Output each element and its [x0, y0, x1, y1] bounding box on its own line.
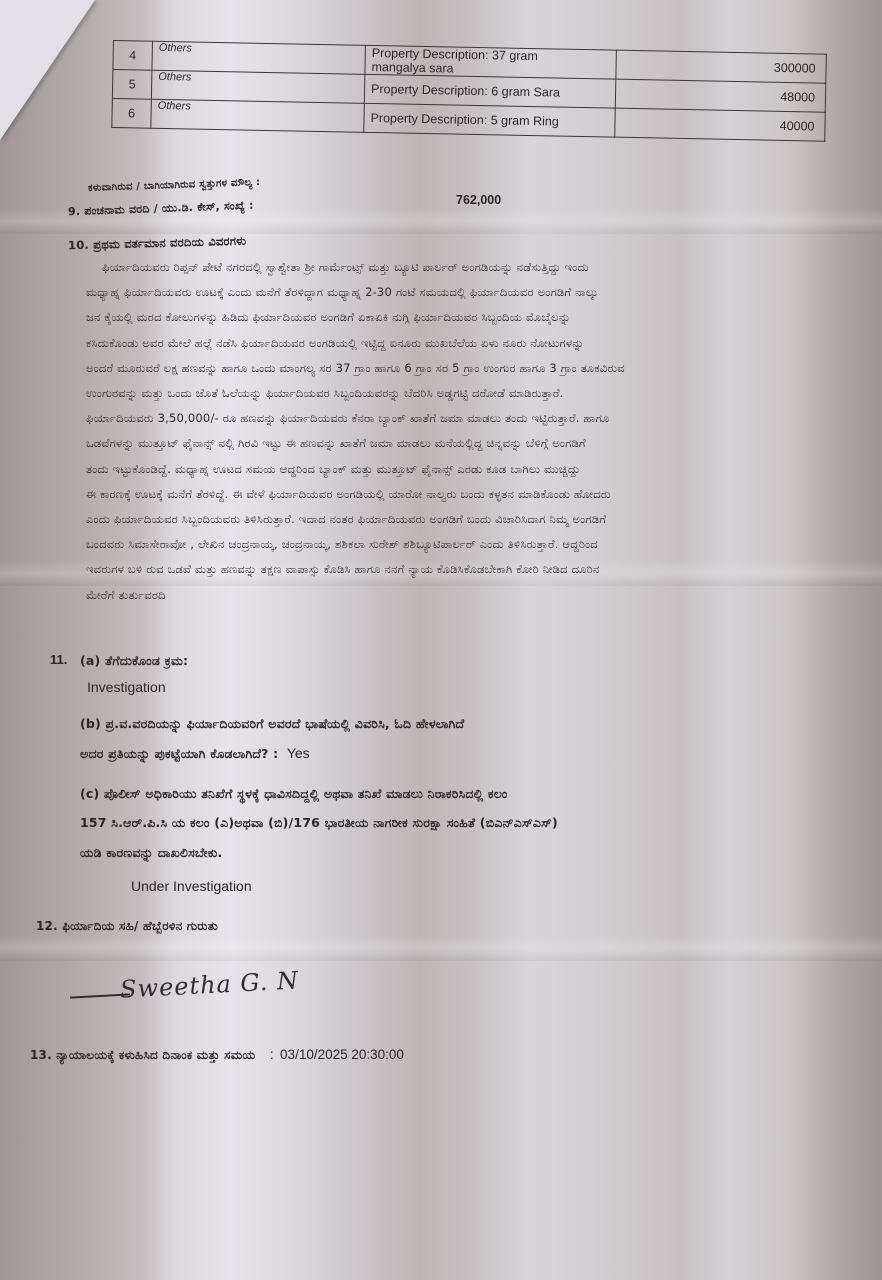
row-category: Others [151, 70, 365, 103]
row-category: Others [152, 41, 366, 74]
body-line: ಬಂದವರು ಸಿಮಾಸೇರಾವೋ , ಲೇಖಿನ ಚಂದ್ರನಾಯ್ಕ, ಚಂ… [86, 532, 806, 557]
body-line: ಒಡವೆಗಳನ್ನು ಮುತ್ತೂಟ್ ಫೈನಾನ್ಸ್ ನಲ್ಲಿ ಗಿರವಿ… [86, 431, 806, 456]
section-11c-line3: ಯಡಿ ಕಾರಣವನ್ನು ದಾಖಲಿಸಬೇಕು. [80, 845, 223, 861]
body-line: ಈ ಕಾರಣಕ್ಕೆ ಊಟಕ್ಕೆ ಮನೆಗೆ ತೆರಳಿದ್ದೆ. ಈ ವೇಳ… [86, 482, 806, 507]
body-line: ಎಂದು ಫಿರ್ಯಾದಿಯವರ ಸಿಬ್ಬಂದಿಯವರು ತಿಳಿಸಿರುತ್… [86, 507, 806, 532]
row-description: Property Description: 37 gram mangalya s… [365, 45, 617, 79]
section-13-label: 13. ನ್ಯಾಯಾಲಯಕ್ಕೆ ಕಳುಹಿಸಿದ ದಿನಾಂಕ ಮತ್ತು ಸ… [30, 1048, 255, 1062]
section-13: 13. ನ್ಯಾಯಾಲಯಕ್ಕೆ ಕಳುಹಿಸಿದ ದಿನಾಂಕ ಮತ್ತು ಸ… [30, 1046, 404, 1064]
body-line: ಫಿರ್ಯಾದಿಯವರು 3,50,000/- ರೂ ಹಣವನ್ನು ಫಿರ್ಯ… [86, 406, 806, 431]
section-11a-value: Investigation [87, 679, 166, 695]
section-11-number: 11. [50, 652, 67, 667]
property-table: 4 Others Property Description: 37 gram m… [111, 40, 827, 142]
body-line: ಫಿರ್ಯಾದಿಯವರು ರಿಪ್ಪನ್ ಪೇಟೆ ನಗರದಲ್ಲಿ ಸ್ವಾಶ… [86, 255, 806, 280]
row-value: 300000 [616, 50, 827, 83]
body-line: ಕಸಿದುಕೊಂಡು ಅವರ ಮೇಲೆ ಹಲ್ಲೆ ನಡೆಸಿ ಫಿರ್ಯಾದಿ… [86, 331, 806, 356]
section-11c-line1: (c) ಪೊಲೀಸ್ ಅಧಿಕಾರಿಯು ತನಿಖೆಗೆ ಸ್ಥಳಕ್ಕೆ ಧಾ… [80, 786, 508, 802]
body-line: ಮಧ್ಯಾಹ್ನ ಫಿರ್ಯಾದಿಯವರು ಊಟಕ್ಕೆ ಎಂದು ಮನೆಗೆ … [86, 280, 806, 305]
body-line: ತಂದು ಇಟ್ಟುಕೊಂಡಿದ್ದೆ. ಮಧ್ಯಾಹ್ನ ಊಟದ ಸಮಯ ಆದ… [86, 457, 806, 482]
section-11a-label: (a) ತೆಗೆದುಕೊಂಡ ಕ್ರಮ: [80, 653, 188, 669]
body-line: ಇವರುಗಳ ಬಳಿ ರುವ ಒಡವೆ ಮತ್ತು ಹಣವನ್ನು ತಕ್ಷಣ … [86, 557, 806, 582]
document-page: 4 Others Property Description: 37 gram m… [0, 0, 882, 1280]
section-11b-label-line1: (b) ಪ್ರ.ವ.ವರದಿಯನ್ನು ಫಿರ್ಯಾದಿಯವರಿಗೆ ಅವರದೆ… [80, 716, 464, 732]
paper-fold [0, 935, 882, 961]
section-11c-value: Under Investigation [131, 878, 252, 894]
row-value: 40000 [615, 108, 826, 141]
body-line: ಜನ ಕೈಯಲ್ಲಿ ಮರದ ಕೋಲುಗಳನ್ನು ಹಿಡಿದು ಫಿರ್ಯಾದ… [86, 305, 806, 330]
row-number: 6 [112, 98, 152, 128]
row-number: 5 [112, 70, 152, 100]
section-10-heading: 10. ಪ್ರಥಮ ವರ್ತಮಾನ ವರದಿಯ ವಿವರಗಳು [68, 234, 247, 254]
signature-text: Sweetha G. N [119, 966, 299, 1003]
section-11b-line2: ಅದರ ಪ್ರತಿಯನ್ನು ಪುಕಟ್ಟೆಯಾಗಿ ಕೊಡಲಾಗಿದೆ? : … [80, 745, 310, 763]
total-value-label: ಕಳುವಾಗಿರುವ / ಬಾಗಿಯಾಗಿರುವ ಸ್ವತ್ತುಗಳ ಮೌಲ್ಯ… [88, 177, 261, 194]
body-line: ಉಂಗುರವನ್ನು ಮತ್ತು ಒಂದು ಜೊತೆ ಓಲೆಯನ್ನು ಫಿರ್… [86, 381, 806, 406]
section-13-separator: : [270, 1047, 274, 1062]
body-line: ಮೇರೆಗೆ ತುರ್ತುವರದಿ [86, 583, 806, 608]
section-9-label: 9. ಪಂಚನಾಮ ವರದಿ / ಯು.ಡಿ. ಕೇಸ್, ಸಂಖ್ಯೆ : [68, 199, 254, 219]
section-11b-label-line2: ಅದರ ಪ್ರತಿಯನ್ನು ಪುಕಟ್ಟೆಯಾಗಿ ಕೊಡಲಾಗಿದೆ? : [80, 746, 278, 761]
section-11c-line2: 157 ಸಿ.ಆರ್.ಪಿ.ಸಿ ಯ ಕಲಂ (ಎ)ಅಥವಾ (ಬಿ)/176 … [80, 815, 558, 831]
section-11b-value: Yes [287, 745, 310, 761]
row-description: Property Description: 5 gram Ring [364, 103, 616, 137]
row-category: Others [151, 99, 365, 132]
folded-paper-corner [0, 0, 95, 140]
body-line: ಅಂದರೆ ಮೂರುವರೆ ಲಕ್ಷ ಹಣವನ್ನು ಹಾಗೂ ಒಂದು ಮಾಂ… [86, 356, 806, 381]
section-12-label: 12. ಫಿರ್ಯಾದಿಯ ಸಹಿ/ ಹೆಬ್ಬೆರಳಿನ ಗುರುತು [36, 919, 218, 934]
total-value: 762,000 [456, 193, 501, 207]
row-value: 48000 [615, 79, 826, 112]
section-10-body: ಫಿರ್ಯಾದಿಯವರು ರಿಪ್ಪನ್ ಪೇಟೆ ನಗರದಲ್ಲಿ ಸ್ವಾಶ… [86, 255, 806, 608]
row-number: 4 [113, 41, 153, 71]
complainant-signature: Sweetha G. N [70, 963, 390, 1013]
section-13-value: 03/10/2025 20:30:00 [280, 1047, 404, 1062]
